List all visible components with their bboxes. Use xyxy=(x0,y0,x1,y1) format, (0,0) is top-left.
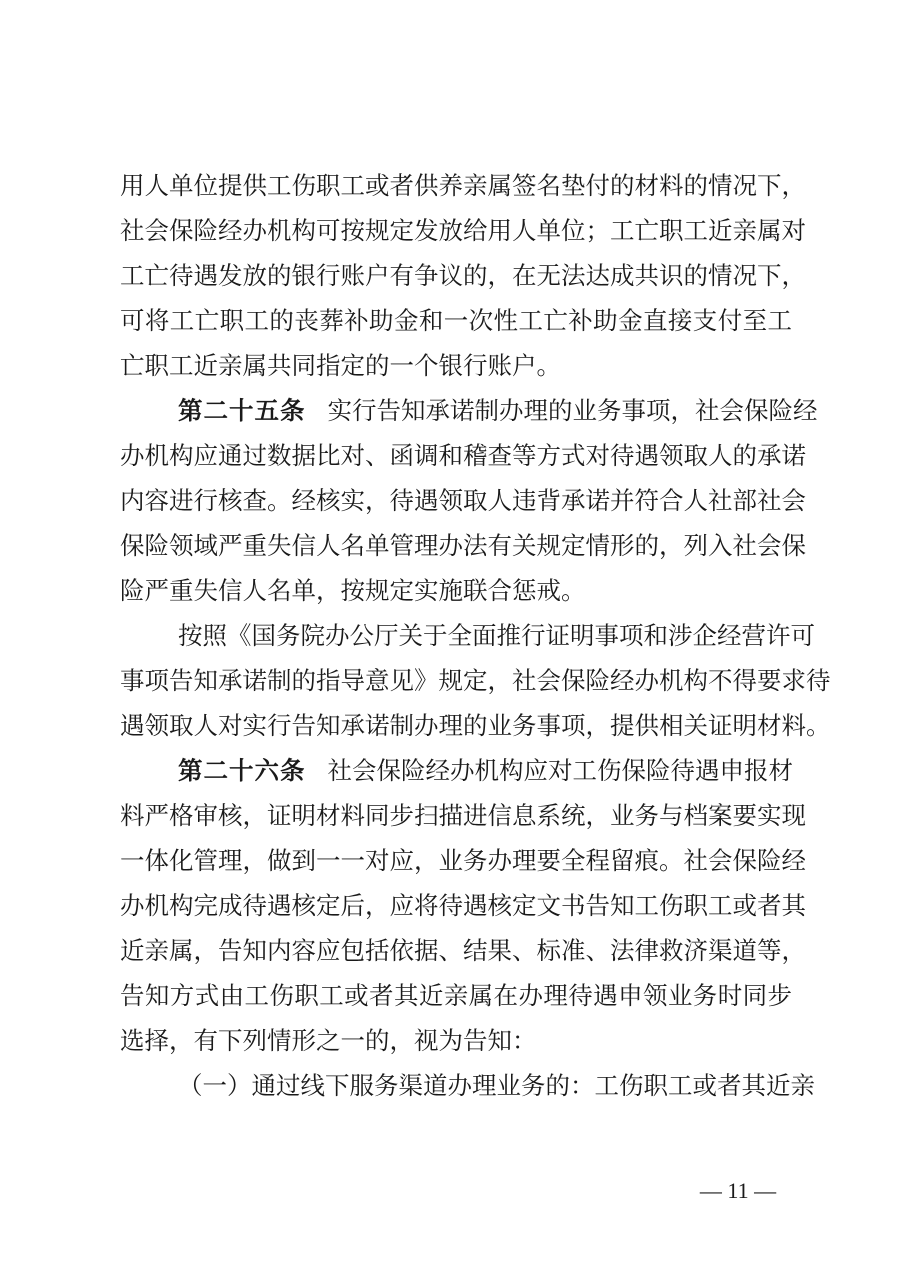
text-line: 实行告知承诺制办理的业务事项，社会保险经 xyxy=(328,396,818,425)
text-line: 用人单位提供工伤职工或者供养亲属签名垫付的材料的情况下， xyxy=(120,163,792,208)
text-line: 选择，有下列情形之一的，视为告知： xyxy=(120,1018,792,1063)
text-line: 社会保险经办机构应对工伤保险待遇申报材 xyxy=(328,756,794,785)
text-line: 可将工亡职工的丧葬补助金和一次性工亡补助金直接支付至工 xyxy=(120,298,792,343)
text-line: 遇领取人对实行告知承诺制办理的业务事项，提供相关证明材料。 xyxy=(120,703,792,748)
text-line: 办机构应通过数据比对、函调和稽查等方式对待遇领取人的承诺 xyxy=(120,433,792,478)
paragraph-article-25-note: 按照《国务院办公厅关于全面推行证明事项和涉企经营许可 事项告知承诺制的指导意见》… xyxy=(120,613,792,748)
list-item-1: （一）通过线下服务渠道办理业务的：工伤职工或者其近亲 xyxy=(120,1063,792,1108)
article-25: 第二十五条实行告知承诺制办理的业务事项，社会保险经 办机构应通过数据比对、函调和… xyxy=(120,388,792,613)
text-line: 内容进行核查。经核实，待遇领取人违背承诺并符合人社部社会 xyxy=(120,478,792,523)
text-line: 按照《国务院办公厅关于全面推行证明事项和涉企经营许可 xyxy=(120,613,792,658)
text-line: 事项告知承诺制的指导意见》规定，社会保险经办机构不得要求待 xyxy=(120,658,792,703)
text-line: 工亡待遇发放的银行账户有争议的，在无法达成共识的情况下， xyxy=(120,253,792,298)
text-line: 告知方式由工伤职工或者其近亲属在办理待遇申领业务时同步 xyxy=(120,973,792,1018)
text-line: 保险领域严重失信人名单管理办法有关规定情形的，列入社会保 xyxy=(120,523,792,568)
text-line: 近亲属，告知内容应包括依据、结果、标准、法律救济渠道等， xyxy=(120,928,792,973)
article-first-line: 第二十六条社会保险经办机构应对工伤保险待遇申报材 xyxy=(120,748,792,793)
article-number: 第二十六条 xyxy=(178,756,306,785)
text-line: （一）通过线下服务渠道办理业务的：工伤职工或者其近亲 xyxy=(120,1063,792,1108)
page-number: — 11 — xyxy=(683,1178,793,1204)
text-line: 办机构完成待遇核定后，应将待遇核定文书告知工伤职工或者其 xyxy=(120,883,792,928)
document-page: 用人单位提供工伤职工或者供养亲属签名垫付的材料的情况下， 社会保险经办机构可按规… xyxy=(120,163,792,1108)
text-line: 料严格审核，证明材料同步扫描进信息系统，业务与档案要实现 xyxy=(120,793,792,838)
text-line: 亡职工近亲属共同指定的一个银行账户。 xyxy=(120,343,792,388)
article-first-line: 第二十五条实行告知承诺制办理的业务事项，社会保险经 xyxy=(120,388,792,433)
article-26: 第二十六条社会保险经办机构应对工伤保险待遇申报材 料严格审核，证明材料同步扫描进… xyxy=(120,748,792,1063)
text-line: 社会保险经办机构可按规定发放给用人单位；工亡职工近亲属对 xyxy=(120,208,792,253)
text-line: 一体化管理，做到一一对应，业务办理要全程留痕。社会保险经 xyxy=(120,838,792,883)
paragraph-continuation: 用人单位提供工伤职工或者供养亲属签名垫付的材料的情况下， 社会保险经办机构可按规… xyxy=(120,163,792,388)
text-line: 险严重失信人名单，按规定实施联合惩戒。 xyxy=(120,568,792,613)
article-number: 第二十五条 xyxy=(178,396,306,425)
